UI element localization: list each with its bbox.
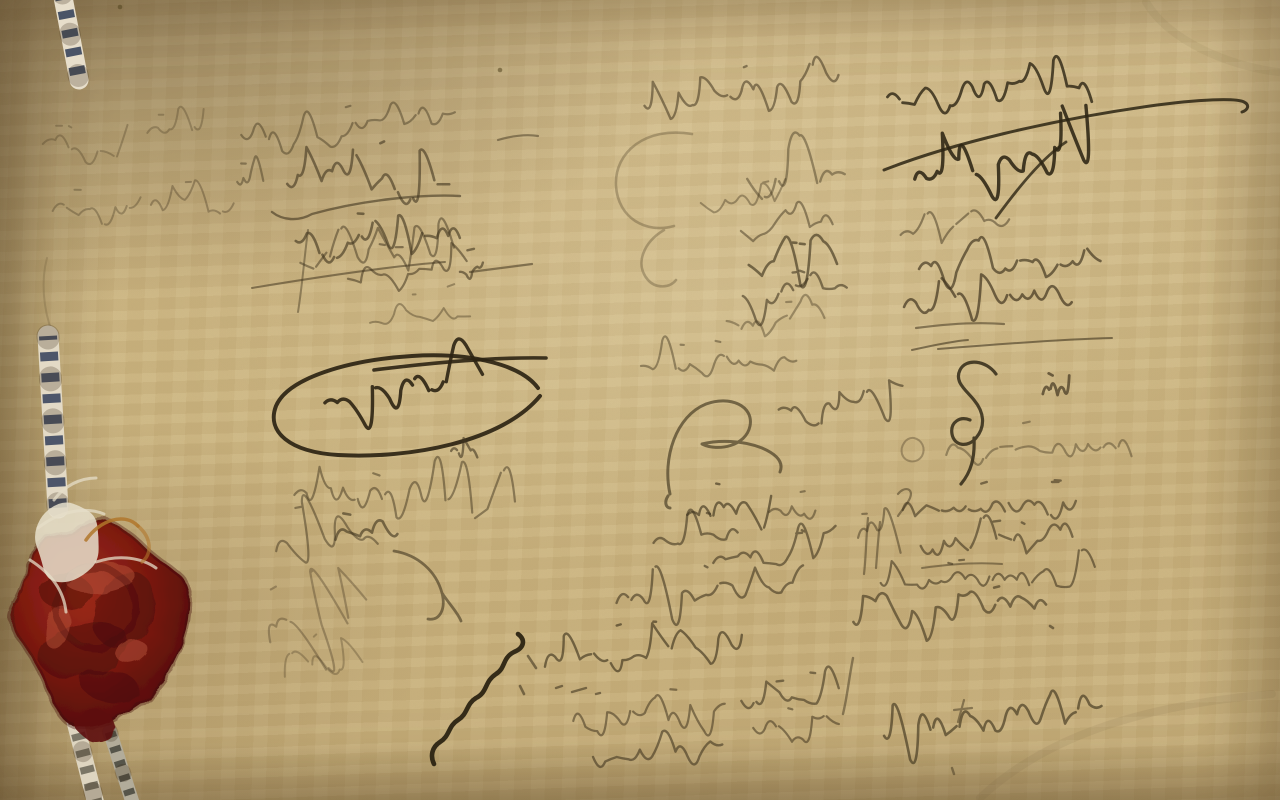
- cord-segment: [48, 336, 58, 508]
- parchment-document: Aged tan parchment sheet bearing loose c…: [0, 0, 1280, 800]
- artwork-canvas: [0, 0, 1280, 800]
- ink-speck: [118, 5, 123, 10]
- signature-r-dubkin-dot: [1050, 626, 1053, 628]
- ink-speck: [498, 68, 503, 73]
